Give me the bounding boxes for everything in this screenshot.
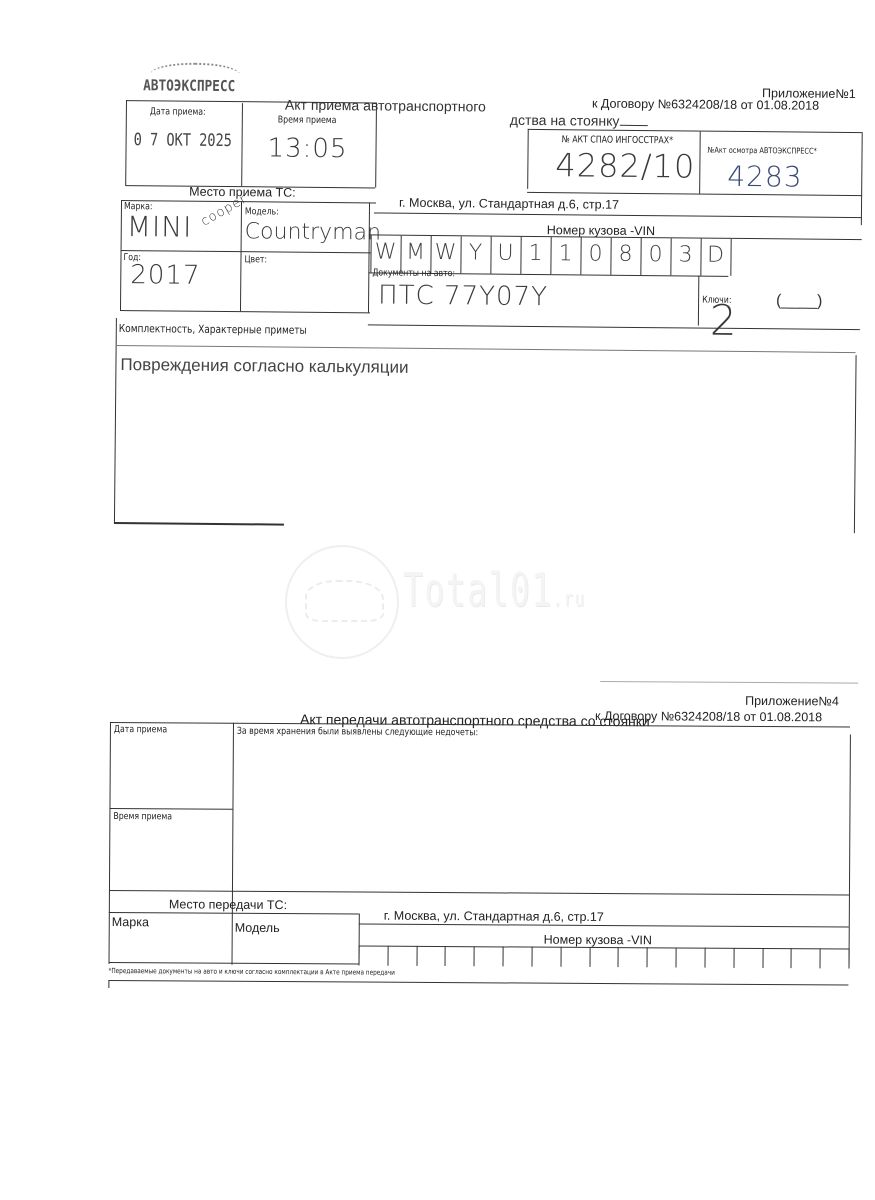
make-label: Марка [112,915,149,929]
vin-cell [762,948,763,968]
vin-cell [733,948,734,968]
vin-cell [676,947,677,967]
vin-cell [560,947,561,967]
vin-cell [474,946,475,966]
vin-cell [359,946,360,966]
vin-cell [416,946,417,966]
defects-label: За время хранения были выявлены следующи… [237,726,478,738]
vin-cell [704,948,705,968]
vin-cell [589,947,590,967]
time-label: Время приема [113,811,172,822]
location-value: г. Москва, ул. Стандартная д.6, стр.17 [384,909,604,924]
vin-cell [387,946,388,966]
vin-cell [503,946,504,966]
footnote: *Передаваемые документы на авто и ключи … [108,967,394,977]
vin-cell [820,948,821,968]
model-label: Модель [235,921,280,935]
act-transfer-form: Приложение№4 к Договору №6324208/18 от 0… [0,0,875,1200]
vin-empty-cells [358,946,848,971]
location-label: Место передачи ТС: [169,897,287,912]
appendix-number: Приложение№4 [745,694,839,709]
vin-cell [848,949,849,969]
vin-cell [618,947,619,967]
vin-cell [647,947,648,967]
vin-cell [531,947,532,967]
vin-cell [791,948,792,968]
vin-cell [445,946,446,966]
vin-label: Номер кузова -VIN [544,933,652,948]
date-label: Дата приема [114,724,167,735]
